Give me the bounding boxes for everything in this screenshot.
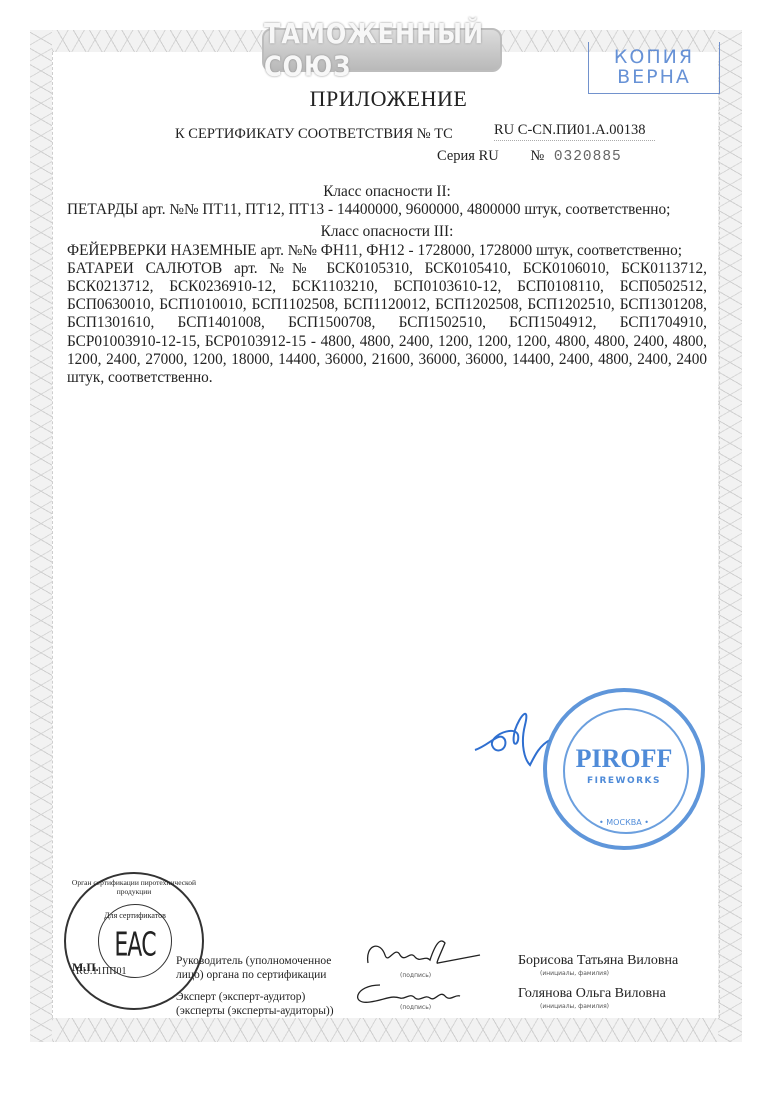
expert-label: Эксперт (эксперт-аудитор) (эксперты (экс… xyxy=(176,990,334,1018)
certificate-label: К СЕРТИФИКАТУ СООТВЕТСТВИЯ № ТС xyxy=(175,126,453,143)
class-3-salute-batteries: БАТАРЕИ САЛЮТОВ арт. №№ БСК0105310, БСК0… xyxy=(67,260,707,387)
head-signature-caption: (подпись) xyxy=(400,972,431,979)
customs-union-emblem: ТАМОЖЕННЫЙ СОЮЗ xyxy=(262,28,502,72)
head-signature xyxy=(360,935,485,971)
appendix-body: Класс опасности II: ПЕТАРДЫ арт. №№ ПТ11… xyxy=(67,183,707,387)
expert-name: Голянова Ольга Виловна xyxy=(518,986,666,1002)
series-no-label: № xyxy=(530,148,544,164)
copy-stamp-line-2: ВЕРНА xyxy=(589,67,719,87)
eac-for-text: Для сертификатов xyxy=(99,911,171,920)
company-round-stamp: PIROFF FIREWORKS • МОСКВА • xyxy=(543,688,705,850)
seal-place-label: М.П. xyxy=(72,960,99,975)
certificate-number: RU C-CN.ПИ01.А.00138 xyxy=(494,122,645,139)
expert-signature-caption: (подпись) xyxy=(400,1004,431,1011)
class-2-firecrackers: ПЕТАРДЫ арт. №№ ПТ11, ПТ12, ПТ13 - 14400… xyxy=(67,201,707,219)
stamp-sub: FIREWORKS xyxy=(547,776,701,786)
page-title: ПРИЛОЖЕНИЕ xyxy=(0,86,777,112)
head-label: Руководитель (уполномоченное лицо) орган… xyxy=(176,954,331,982)
eac-ring-text: Орган сертификации пиротехнической проду… xyxy=(66,878,202,896)
emblem-text: ТАМОЖЕННЫЙ СОЮЗ xyxy=(264,18,500,82)
guilloche-border-right xyxy=(718,30,742,1042)
stamp-city: • МОСКВА • xyxy=(547,818,701,827)
stamp-brand: PIROFF xyxy=(547,744,701,774)
series-number: 0320885 xyxy=(554,149,622,165)
guilloche-border-left xyxy=(30,30,52,1042)
guilloche-border-bottom xyxy=(30,1018,742,1042)
class-3-ground-fireworks: ФЕЙЕРВЕРКИ НАЗЕМНЫЕ арт. №№ ФН11, ФН12 -… xyxy=(67,242,707,260)
class-3-heading: Класс опасности III: xyxy=(67,223,707,241)
head-name: Борисова Татьяна Виловна xyxy=(518,953,678,969)
class-2-heading: Класс опасности II: xyxy=(67,183,707,201)
expert-name-caption: (инициалы, фамилия) xyxy=(540,1003,609,1010)
series-line: Серия RU № 0320885 xyxy=(437,148,622,165)
copy-stamp-line-1: КОПИЯ xyxy=(589,47,719,67)
head-name-caption: (инициалы, фамилия) xyxy=(540,970,609,977)
eac-mark: ЕАС xyxy=(99,927,171,965)
series-label: Серия RU xyxy=(437,148,499,164)
